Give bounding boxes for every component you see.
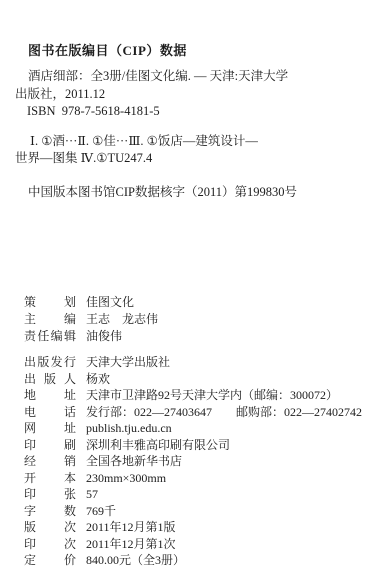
publication-label: 地址 [24,387,76,404]
publication-row-word-count: 字数769千 [24,503,362,520]
cip-isbn-line: ISBN 978-7-5618-4181-5 [15,103,365,121]
publication-block: 出版发行天津大学出版社 出版人杨欢 地址天津市卫津路92号天津大学内（邮编：30… [24,354,362,569]
staff-value: 油俊伟 [86,328,122,345]
publication-value: 深圳利丰雅高印刷有限公司 [86,437,230,454]
cip-classification-line-2: 世界—图集 Ⅳ.①TU247.4 [15,150,365,168]
staff-row-planning: 策划佳图文化 [24,294,158,311]
publication-row-impression: 印次2011年12月第1次 [24,536,362,553]
publication-value: 840.00元（全3册） [86,552,185,569]
publication-row-printer: 印刷深圳利丰雅高印刷有限公司 [24,437,362,454]
publication-label: 定价 [24,552,76,569]
publication-label: 字数 [24,503,76,520]
publication-row-address: 地址天津市卫津路92号天津大学内（邮编：300072） [24,387,362,404]
publication-label: 版次 [24,519,76,536]
cip-record-number-line: 中国版本图书馆CIP数据核字（2011）第199830号 [15,184,365,202]
colophon-page: 图书在版编目（CIP）数据 酒店细部：全3册/佳图文化编. — 天津:天津大学 … [0,0,375,582]
staff-row-responsible-editor: 责任编辑油俊伟 [24,328,158,345]
publication-label: 网址 [24,420,76,437]
publication-label: 印刷 [24,437,76,454]
publication-value: 57 [86,486,98,503]
publication-label: 开本 [24,470,76,487]
staff-label: 主编 [24,311,76,328]
publication-value: 2011年12月第1版 [86,519,176,536]
cip-classification-line-1: Ⅰ. ①酒···Ⅱ. ①佳···Ⅲ. ①饭店—建筑设计— [15,133,365,151]
publication-value: publish.tju.edu.cn [86,420,172,437]
publication-value: 发行部：022—27403647 邮购部：022—27402742 [86,404,362,421]
publication-row-website: 网址publish.tju.edu.cn [24,420,362,437]
cip-data-block: 酒店细部：全3册/佳图文化编. — 天津:天津大学 出版社，2011.12 IS… [15,68,365,201]
publication-value: 杨欢 [86,371,110,388]
publication-row-publisher-person: 出版人杨欢 [24,371,362,388]
staff-block: 策划佳图文化 主编王志 龙志伟 责任编辑油俊伟 [24,294,158,345]
cip-header: 图书在版编目（CIP）数据 [28,40,187,59]
staff-value: 佳图文化 [86,294,134,311]
staff-label: 责任编辑 [24,328,76,345]
publication-label: 出版人 [24,371,76,388]
publication-row-format: 开本230mm×300mm [24,470,362,487]
cip-title-line-2: 出版社，2011.12 [15,86,365,104]
publication-row-distributor: 经销全国各地新华书店 [24,453,362,470]
staff-value: 王志 龙志伟 [86,311,158,328]
publication-label: 电话 [24,404,76,421]
publication-label: 印次 [24,536,76,553]
publication-row-edition: 版次2011年12月第1版 [24,519,362,536]
publication-value: 230mm×300mm [86,470,166,487]
cip-title-line-1: 酒店细部：全3册/佳图文化编. — 天津:天津大学 [15,68,365,86]
publication-row-sheets: 印张57 [24,486,362,503]
publication-label: 印张 [24,486,76,503]
publication-row-phone: 电话发行部：022—27403647 邮购部：022—27402742 [24,404,362,421]
publication-label: 出版发行 [24,354,76,371]
publication-row-publisher: 出版发行天津大学出版社 [24,354,362,371]
publication-label: 经销 [24,453,76,470]
publication-row-price: 定价840.00元（全3册） [24,552,362,569]
staff-row-chief-editor: 主编王志 龙志伟 [24,311,158,328]
publication-value: 天津市卫津路92号天津大学内（邮编：300072） [86,387,338,404]
publication-value: 2011年12月第1次 [86,536,176,553]
publication-value: 769千 [86,503,116,520]
publication-value: 天津大学出版社 [86,354,170,371]
publication-value: 全国各地新华书店 [86,453,182,470]
staff-label: 策划 [24,294,76,311]
